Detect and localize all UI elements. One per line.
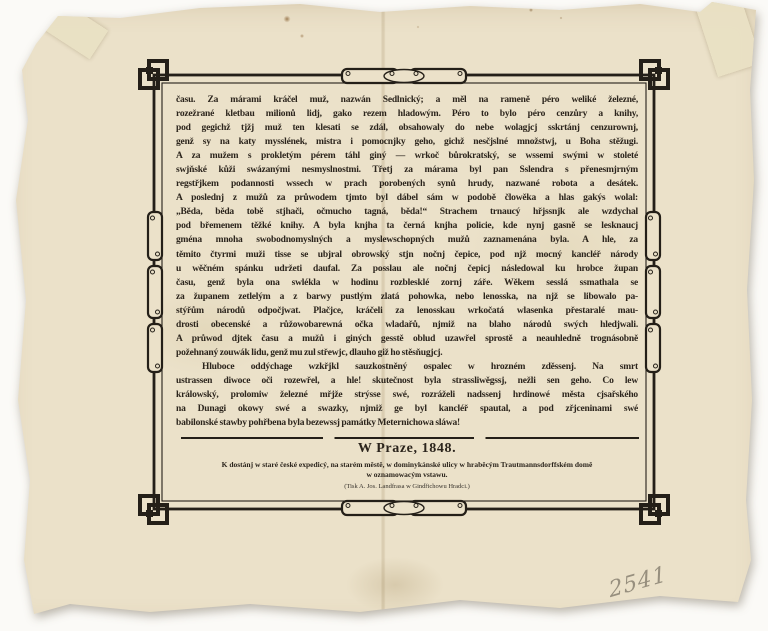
text-line: Hluboce oddýchage wzkřjkl sauzkostněný o… <box>176 360 638 374</box>
text-line: drosti obecenské a růžowobarewná očka wl… <box>176 318 638 332</box>
text-line: požehnaný zouwák lidu, genž mu zul střew… <box>176 346 638 360</box>
text-line: pod gegichž tjžj muž ten klesati se zdál… <box>176 121 638 135</box>
text-line: stýřům národů odpočjwat. Plačjce, kráčel… <box>176 304 638 318</box>
broadside-text-block: času. Za márami kráčel muž, nazwán Sedln… <box>176 93 638 433</box>
tape-piece-top-right <box>692 0 762 77</box>
text-line: regstřjkem podannosti wssech w prach por… <box>176 177 638 191</box>
text-line: za županem zetlelým a z barwy pustlým zl… <box>176 290 638 304</box>
text-line: babilonské stawby pohřbena byla bezewssj… <box>176 416 638 430</box>
cartouche-ornament-top <box>342 69 466 83</box>
cartouche-ornament-bottom <box>342 501 466 515</box>
cartouche-chain-left <box>148 212 162 372</box>
text-line: těmito čtyrmi muži tisse se ubjral obrow… <box>176 248 638 262</box>
cartouche-chain-right <box>646 212 660 372</box>
tape-piece-top-left <box>16 0 108 59</box>
text-line: A průwod djtek času a mužů i giných gess… <box>176 332 638 346</box>
text-line: u wěčném spánku udržeti daufal. Za possl… <box>176 262 638 276</box>
text-line: gména mnoha swobodnomyslných a myslewsch… <box>176 233 638 247</box>
text-line: „Běda, běda tobě stjhači, očmucho tagná,… <box>176 205 638 219</box>
paper-sheet: času. Za márami kráčel muž, nazwán Sedln… <box>0 0 768 631</box>
scanned-broadside: času. Za márami kráčel muž, nazwán Sedln… <box>0 0 768 631</box>
text-line: A poslednj z mužů za průwodem tjmto byl … <box>176 191 638 205</box>
text-line: genž sy na katy mysslének, mistra i pomo… <box>176 135 638 149</box>
text-line: pod břemenem těžké knihy. A byla knjha t… <box>176 219 638 233</box>
imprint-footer: W Praze, 1848. K dostánj w staré české e… <box>176 441 638 490</box>
text-line: králowský, prolomiw železné mřjže strýss… <box>176 388 638 402</box>
text-line: rozežrané kletbau milionů lidj, gako rez… <box>176 107 638 121</box>
imprint-line-1: K dostánj w staré české expedicý, na sta… <box>176 460 638 470</box>
text-line: času, genž byla ona swlékla w hodinu roz… <box>176 276 638 290</box>
printer-credit: (Tisk A. Jos. Landfrasa w Gindřichowu Hr… <box>176 483 638 490</box>
text-line: ustrassen diwoce oči rozewřel, a hle! sk… <box>176 374 638 388</box>
text-line: A za mužem s prokletým pérem táhl giný —… <box>176 149 638 163</box>
place-and-date: W Praze, 1848. <box>176 441 638 457</box>
text-line: na Dunagi okowy swé a swazky, njmiž ge b… <box>176 402 638 416</box>
text-line: času. Za márami kráčel muž, nazwán Sedln… <box>176 93 638 107</box>
footer-divider-rule <box>181 437 639 439</box>
text-line: swjňské kůži swázanými nesmyslnostmi. Tř… <box>176 163 638 177</box>
imprint-line-2: w oznamowacým vstawu. <box>176 470 638 479</box>
handwritten-catalog-number: 2541 <box>607 562 668 604</box>
